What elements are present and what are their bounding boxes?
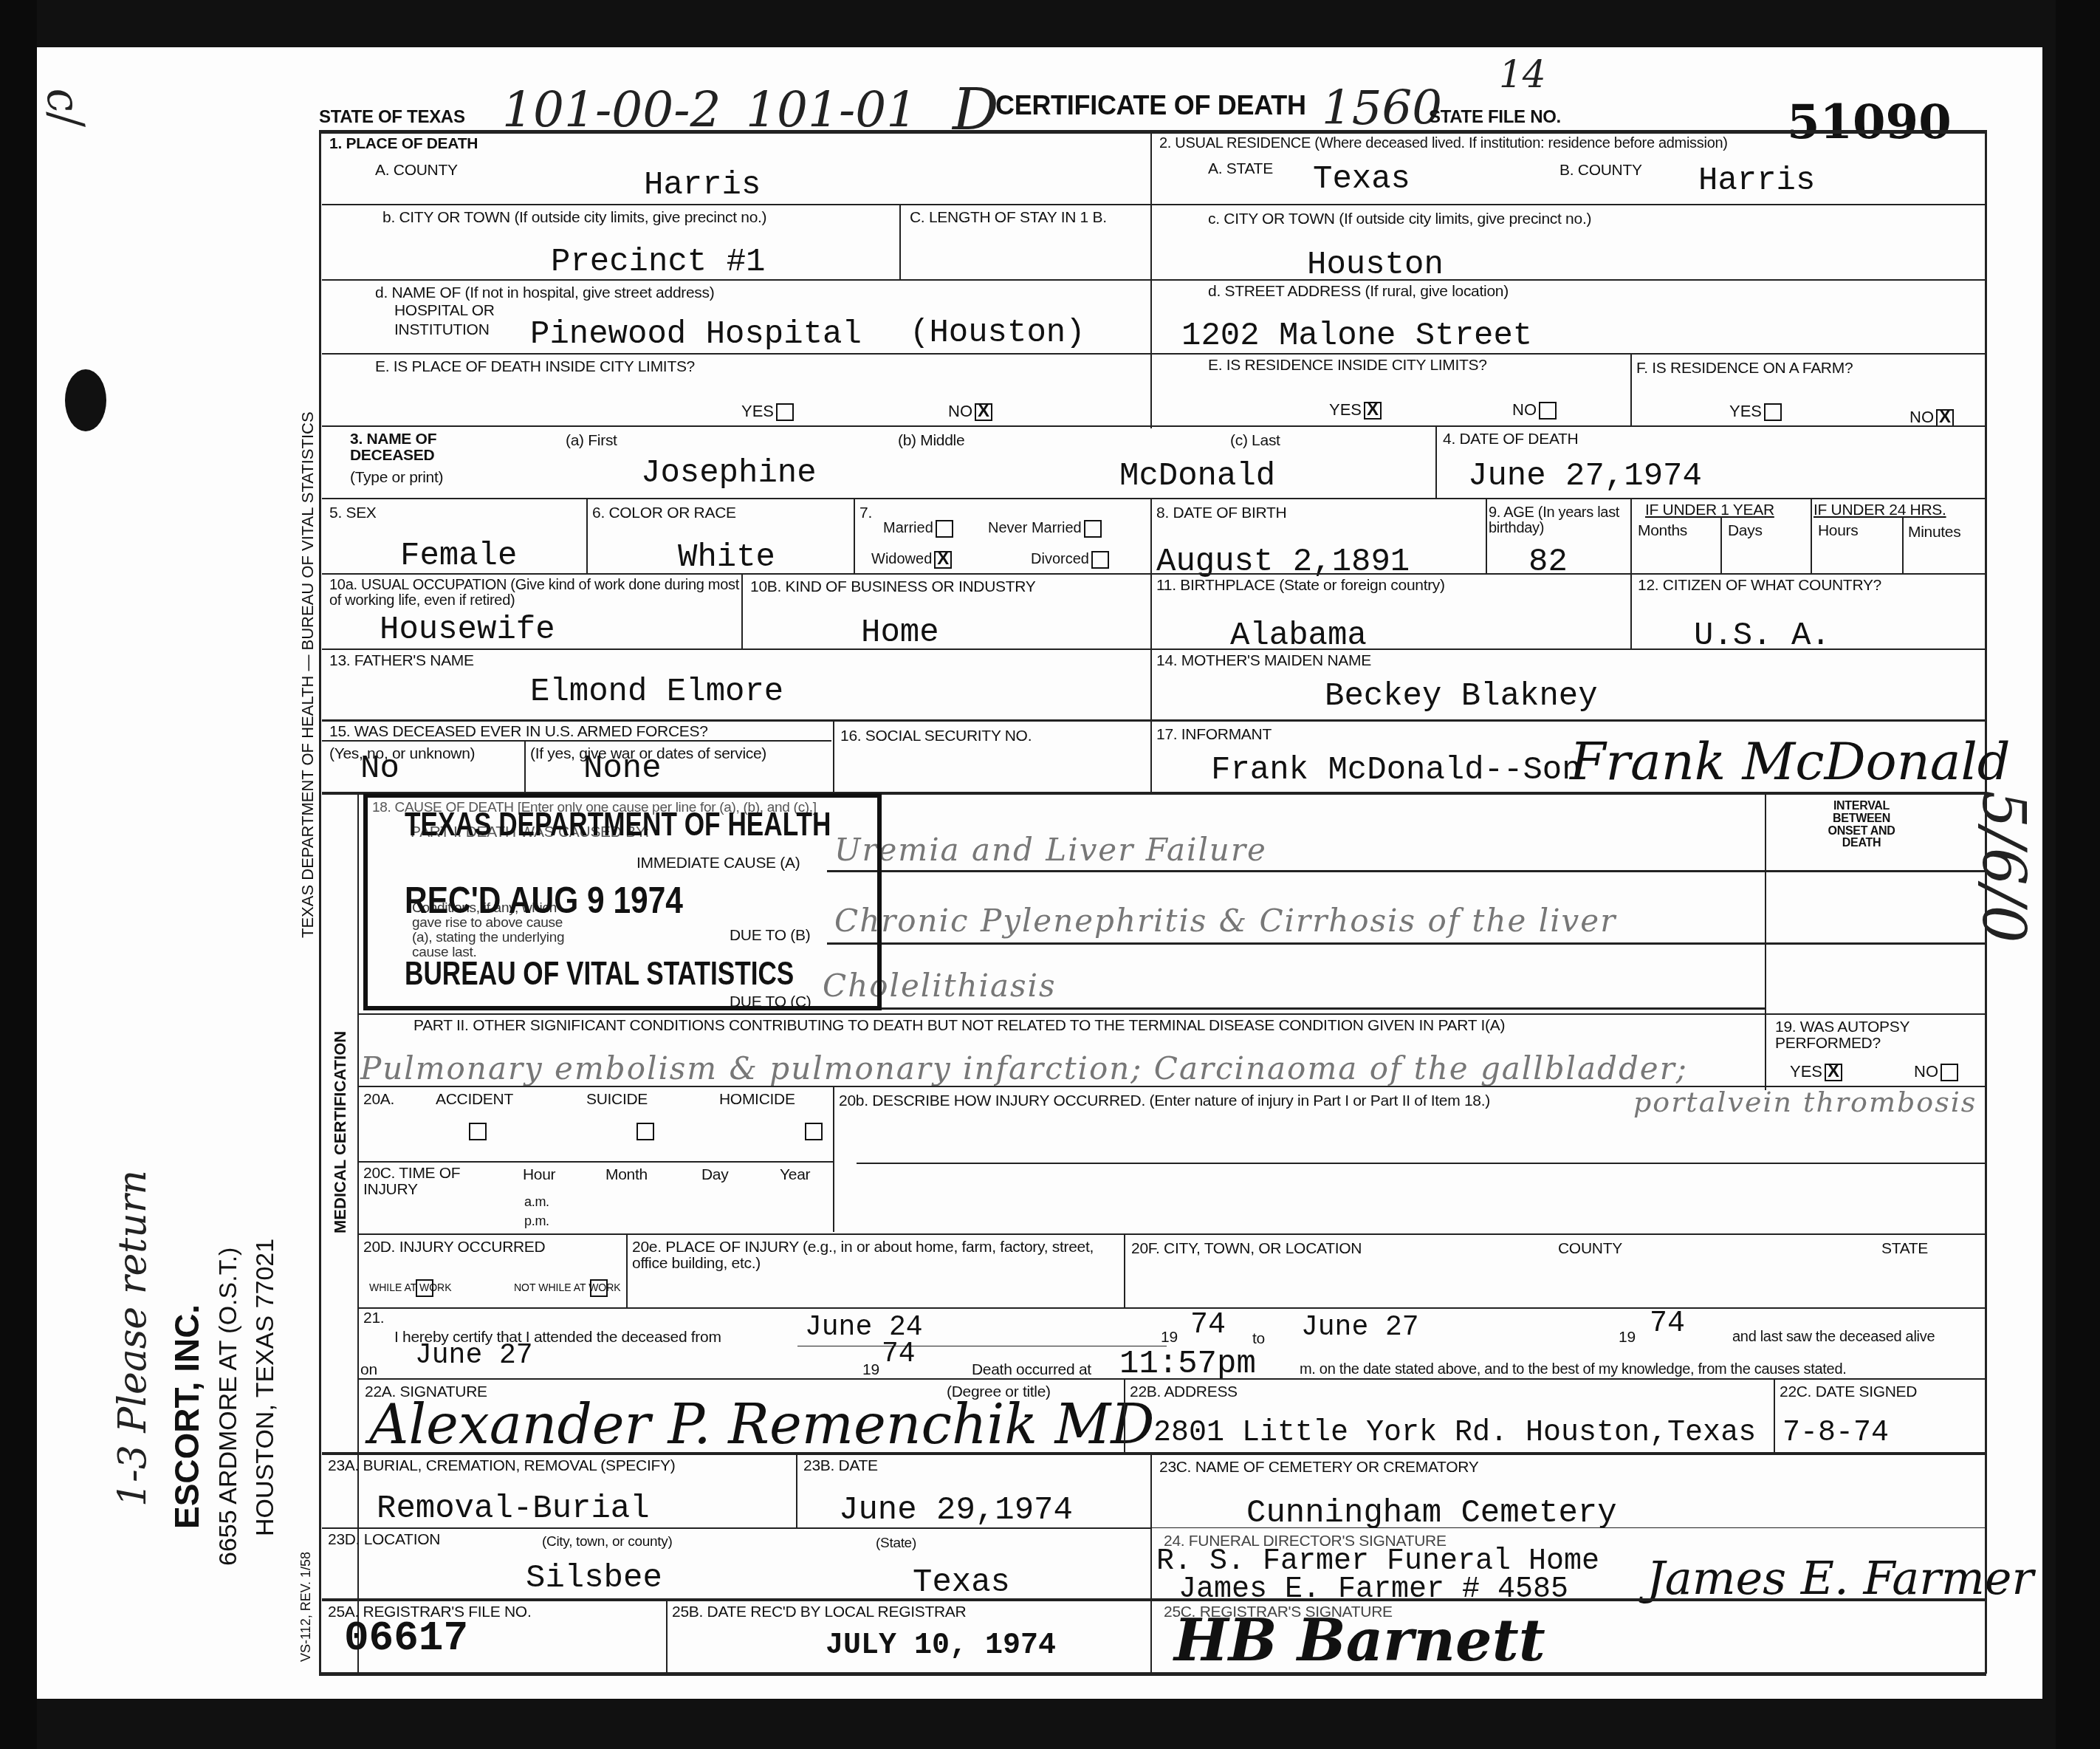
divider — [586, 499, 588, 573]
usual-residence-label: 2. USUAL RESIDENCE (Where deceased lived… — [1159, 136, 1728, 151]
certificate-number: 51090 — [1787, 95, 1952, 150]
informant-value: Frank McDonald--Son — [1211, 752, 1582, 789]
row-line — [359, 1013, 1985, 1015]
last-seen-year: 74 — [882, 1338, 916, 1370]
divider — [1124, 1235, 1125, 1307]
state-label: STATE OF TEXAS — [319, 108, 465, 126]
autopsy-no[interactable]: NO — [1914, 1062, 1958, 1081]
divider — [626, 1235, 628, 1307]
handwritten-file-number: 1560 — [1322, 81, 1442, 136]
row-line — [322, 498, 1985, 499]
handwritten-superscript: 14 — [1499, 53, 1546, 96]
autopsy-yes[interactable]: YESX — [1790, 1062, 1842, 1081]
checkbox-unchecked[interactable] — [1539, 402, 1557, 420]
first-name-label: (a) First — [566, 433, 617, 449]
form-top-border — [319, 130, 1986, 134]
checkbox-checked[interactable]: X — [1825, 1064, 1842, 1081]
res-farm-no[interactable]: NOX — [1909, 408, 1954, 427]
burial-date-value: June 29,1974 — [839, 1492, 1073, 1529]
row-line — [322, 573, 1985, 575]
checkbox-unchecked[interactable] — [1941, 1064, 1958, 1081]
margin-agency-text: TEXAS DEPARTMENT OF HEALTH — BUREAU OF V… — [298, 411, 318, 938]
first-name-value: Josephine — [641, 455, 817, 492]
divider — [1486, 499, 1487, 573]
year-prefix-1: 19 — [1161, 1329, 1178, 1346]
label-20e: 20e. PLACE OF INJURY (e.g., in or about … — [632, 1239, 1119, 1272]
state-file-label: STATE FILE NO. — [1429, 108, 1561, 126]
death-inside-limits-no[interactable]: NOX — [948, 402, 992, 421]
cert-line — [797, 1346, 1167, 1346]
res-inside-limits-yes[interactable]: YESX — [1329, 400, 1382, 420]
place-of-death-label: 1. PLACE OF DEATH — [329, 136, 478, 152]
homicide-label: HOMICIDE — [719, 1092, 795, 1108]
stamp-line-2: REC'D AUG 9 1974 — [405, 879, 683, 922]
divider — [1630, 353, 1632, 427]
last-saw-text: and last saw the deceased alive — [1732, 1329, 1935, 1345]
divider — [1630, 499, 1632, 573]
burial-value: Removal-Burial — [377, 1490, 650, 1527]
location-state-label: (State) — [876, 1536, 916, 1551]
accident-checkbox[interactable] — [469, 1123, 487, 1140]
sex-label: 5. SEX — [329, 505, 377, 521]
armed-yn-label: (Yes, no, or unknown) — [329, 746, 475, 762]
part2-label: PART II. OTHER SIGNIFICANT CONDITIONS CO… — [414, 1018, 1505, 1034]
dob-value: August 2,1891 — [1156, 544, 1410, 581]
divider — [666, 1600, 668, 1674]
registrar-no-value: 06617 — [344, 1615, 468, 1662]
age-label: 9. AGE (In years last birthday) — [1489, 505, 1629, 536]
divider — [796, 1454, 797, 1529]
divorced-option[interactable]: Divorced — [1031, 551, 1109, 569]
death-county-value: Harris — [644, 167, 761, 204]
res-state-label: a. STATE — [1208, 161, 1273, 177]
checkbox-checked[interactable]: X — [975, 403, 992, 421]
date-signed-value: 7-8-74 — [1782, 1417, 1889, 1450]
row-line — [322, 1598, 1985, 1601]
mother-value: Beckey Blakney — [1325, 678, 1598, 715]
label-21: 21. — [363, 1310, 384, 1327]
armed-war-value: None — [583, 750, 662, 787]
label-20b: 20b. DESCRIBE HOW INJURY OCCURRED. (Ente… — [839, 1093, 1490, 1109]
hour-label: Hour — [523, 1167, 555, 1183]
occupation-value: Housewife — [380, 612, 555, 648]
divider — [833, 1087, 834, 1232]
death-county-label: a. COUNTY — [375, 162, 458, 179]
occupation-label: 10a. USUAL OCCUPATION (Give kind of work… — [329, 578, 743, 609]
medical-certification-label: MEDICAL CERTIFICATION — [331, 1031, 350, 1233]
widowed-option[interactable]: WidowedX — [871, 551, 952, 569]
punch-hole — [65, 369, 106, 431]
divider — [1720, 517, 1722, 573]
row-line — [857, 1163, 1985, 1164]
row-line — [1152, 1527, 1985, 1528]
hospital-city-value: (Houston) — [910, 315, 1085, 352]
year-label: Year — [780, 1167, 810, 1183]
received-stamp: TEXAS DEPARTMENT OF HEALTH REC'D AUG 9 1… — [363, 793, 882, 1010]
stamp-line-1: TEXAS DEPARTMENT OF HEALTH — [405, 807, 831, 843]
interval-line — [1766, 942, 1985, 945]
armed-value: No — [360, 750, 399, 787]
length-of-stay-label: c. LENGTH OF STAY in 1 b. — [910, 210, 1131, 226]
divider — [1902, 517, 1904, 573]
middle-name-label: (b) Middle — [898, 433, 964, 449]
death-time-value: 11:57pm — [1119, 1346, 1256, 1383]
label-20a: 20a. — [363, 1092, 394, 1108]
race-label: 6. COLOR OR RACE — [592, 505, 736, 521]
days-label: Days — [1728, 523, 1763, 539]
last-name-label: (c) Last — [1230, 433, 1280, 449]
res-farm-yes[interactable]: YES — [1729, 402, 1782, 421]
burial-date-label: 23b. DATE — [803, 1458, 878, 1474]
industry-value: Home — [861, 615, 939, 651]
row-line — [322, 1452, 1985, 1455]
row-line — [359, 1378, 1985, 1380]
label-20c: 20c. TIME OF INJURY — [363, 1166, 467, 1198]
res-city-value: Houston — [1307, 247, 1444, 284]
never-married-option[interactable]: Never Married — [988, 520, 1102, 538]
scan-edge-right — [2056, 0, 2100, 1749]
deceased-name-sub: (Type or print) — [350, 470, 443, 486]
row-line — [322, 204, 1985, 205]
res-inside-limits-label: e. IS RESIDENCE INSIDE CITY LIMITS? — [1208, 357, 1487, 374]
hospital-label-3: INSTITUTION — [394, 322, 490, 338]
part2-continued: portalvein thrombosis — [1633, 1086, 1977, 1118]
hospital-value: Pinewood Hospital — [530, 316, 862, 353]
checkbox-checked[interactable]: X — [1936, 409, 1954, 427]
day-label: Day — [701, 1167, 728, 1183]
year-prefix-2: 19 — [1619, 1329, 1636, 1346]
year-prefix-3: 19 — [862, 1362, 879, 1378]
injury-county-label: COUNTY — [1558, 1241, 1622, 1257]
divider — [1150, 1454, 1152, 1674]
handwritten-return-note: 1-3 Please return — [111, 1170, 155, 1507]
autopsy-label: 19. WAS AUTOPSY PERFORMED? — [1775, 1019, 1974, 1052]
right-handwritten-number: 5/6/0 — [1969, 790, 2038, 943]
stamp-line-3: BUREAU OF VITAL STATISTICS — [405, 956, 794, 993]
deceased-name-label: 3. NAME OF DECEASED — [350, 431, 446, 464]
funeral-director-signature: James E. Farmer — [1647, 1551, 2034, 1605]
form-left-border — [319, 130, 321, 1674]
minutes-label: Minutes — [1908, 524, 1960, 541]
row-line — [322, 1527, 1150, 1529]
mother-label: 14. MOTHER'S MAIDEN NAME — [1156, 653, 1371, 669]
form-revision: VS-112, REV. 1/58 — [298, 1552, 314, 1662]
while-at-work-option[interactable]: WHILE AT WORK — [369, 1279, 443, 1297]
res-state-value: Texas — [1313, 161, 1410, 198]
certificate-title: CERTIFICATE OF DEATH — [995, 92, 1306, 120]
divider — [1811, 499, 1812, 573]
row-line — [359, 1233, 1985, 1235]
escort-address: 6655 ARDMORE AT (O.S.T.) — [214, 1247, 243, 1566]
divider — [1124, 1380, 1125, 1454]
interval-label: INTERVAL BETWEEN ONSET AND DEATH — [1814, 801, 1909, 850]
father-value: Elmond Elmore — [530, 674, 783, 711]
label-20f: 20f. CITY, TOWN, OR LOCATION — [1131, 1241, 1362, 1257]
label-20d: 20d. INJURY OCCURRED — [363, 1239, 545, 1256]
under-24-label: IF UNDER 24 HRS. — [1814, 502, 1946, 518]
funeral-director-value: James E. Farmer # 4585 — [1178, 1573, 1568, 1606]
divider — [524, 742, 526, 793]
location-city-label: (City, town, or county) — [542, 1535, 672, 1550]
location-city-value: Silsbee — [526, 1560, 662, 1597]
age-value: 82 — [1528, 544, 1568, 581]
hospital-label-2: HOSPITAL OR — [394, 303, 495, 319]
months-label: Months — [1638, 523, 1687, 539]
suicide-label: SUICIDE — [586, 1092, 648, 1108]
month-label: Month — [605, 1167, 648, 1183]
checkbox-unchecked[interactable] — [776, 403, 794, 421]
date-recd-value: JULY 10, 1974 — [826, 1629, 1056, 1663]
row-line — [359, 1161, 833, 1163]
citizen-label: 12. CITIZEN OF WHAT COUNTRY? — [1638, 578, 1881, 594]
row-line — [359, 1307, 1985, 1309]
res-county-label: b. COUNTY — [1559, 162, 1642, 179]
hospital-label: d. NAME OF (If not in hospital, give str… — [375, 285, 714, 301]
to-label: to — [1252, 1331, 1265, 1347]
death-city-label: b. CITY OR TOWN (If outside city limits,… — [382, 210, 766, 226]
interval-line — [1766, 870, 1985, 872]
death-city-value: Precinct #1 — [551, 244, 765, 281]
res-street-label: d. STREET ADDRESS (If rural, give locati… — [1208, 284, 1509, 300]
location-label: 23d. LOCATION — [328, 1532, 440, 1548]
informant-label: 17. INFORMANT — [1156, 727, 1272, 743]
physician-address: 2801 Little York Rd. Houston,Texas — [1153, 1417, 1756, 1450]
pm-label: p.m. — [524, 1214, 549, 1228]
registrar-signature: HB Barnett — [1174, 1607, 1545, 1674]
divider — [833, 721, 834, 793]
dob-label: 8. DATE OF BIRTH — [1156, 505, 1286, 521]
res-city-label: c. CITY OR TOWN (If outside city limits,… — [1208, 211, 1591, 227]
on-label: on — [360, 1362, 377, 1378]
scan-edge-left — [0, 0, 37, 1749]
cemetery-value: Cunningham Cemetery — [1246, 1495, 1617, 1532]
cause-line — [827, 942, 1765, 945]
row-line — [322, 648, 1985, 650]
res-street-value: 1202 Malone Street — [1181, 318, 1532, 355]
divider-sec1-sec2 — [1150, 133, 1152, 428]
death-inside-limits-label: e. IS PLACE OF DEATH INSIDE CITY LIMITS? — [375, 359, 695, 375]
cause-b-value: Chronic Pylenephritis & Cirrhosis of the… — [834, 903, 1616, 939]
checkbox-unchecked[interactable] — [936, 520, 953, 538]
ssn-label: 16. SOCIAL SECURITY NO. — [840, 728, 1032, 745]
divider — [741, 575, 743, 648]
homicide-checkbox[interactable] — [805, 1123, 823, 1140]
divider — [1435, 427, 1437, 498]
father-label: 13. FATHER'S NAME — [329, 653, 474, 669]
sex-value: Female — [400, 538, 517, 575]
death-at-label: Death occurred at — [972, 1362, 1091, 1378]
physician-signature: Alexander P. Remenchik MD — [369, 1393, 1155, 1457]
marital-label: 7. — [859, 505, 872, 521]
address-label: 22b. ADDRESS — [1130, 1384, 1238, 1400]
married-option[interactable]: Married — [883, 520, 953, 538]
causes-stated-text: m. on the date stated above, and to the … — [1300, 1362, 1847, 1377]
checkbox-unchecked[interactable] — [1084, 520, 1102, 538]
escort-name: ESCORT, INC. — [167, 1304, 207, 1529]
divider — [1774, 1380, 1775, 1454]
last-seen-date: June 27 — [415, 1340, 533, 1372]
cause-line — [827, 1007, 1765, 1010]
row-line — [322, 719, 1985, 722]
date-recd-label: 25b. DATE REC'D BY LOCAL REGISTRAR — [672, 1604, 966, 1620]
cause-line — [827, 870, 1765, 872]
checkbox-unchecked[interactable] — [590, 1279, 608, 1297]
row-line — [322, 425, 1985, 427]
row-line — [322, 353, 1985, 355]
res-county-value: Harris — [1698, 162, 1815, 199]
checkbox-unchecked[interactable] — [416, 1279, 433, 1297]
informant-signature: Frank McDonald — [1570, 731, 2011, 792]
checkbox-checked[interactable]: X — [934, 551, 952, 569]
checkbox-checked[interactable]: X — [1364, 402, 1382, 420]
form-bottom-border — [319, 1672, 1986, 1676]
armed-forces-label: 15. WAS DECEASED EVER IN U.S. ARMED FORC… — [329, 724, 708, 740]
birthplace-label: 11. BIRTHPLACE (State or foreign country… — [1156, 578, 1445, 594]
part2-value: Pulmonary embolism & pulmonary infarctio… — [360, 1050, 1688, 1086]
accident-label: ACCIDENT — [436, 1092, 513, 1108]
divider — [1150, 721, 1152, 793]
race-value: White — [678, 539, 775, 576]
date-of-death-value: June 27,1974 — [1468, 458, 1702, 495]
not-while-at-work-option[interactable]: NOT WHILE AT WORK — [514, 1279, 608, 1297]
checkbox-unchecked[interactable] — [1764, 403, 1782, 421]
am-label: a.m. — [524, 1195, 549, 1209]
attended-from-year: 74 — [1190, 1309, 1226, 1342]
divider — [854, 499, 855, 573]
death-inside-limits-yes[interactable]: YES — [741, 402, 794, 421]
row-line — [322, 279, 1985, 281]
date-signed-label: 22c. DATE SIGNED — [1780, 1384, 1917, 1400]
cause-a-value: Uremia and Liver Failure — [834, 832, 1267, 868]
res-farm-label: f. IS RESIDENCE ON A FARM? — [1636, 360, 1853, 377]
divider — [1630, 575, 1632, 648]
divider — [899, 205, 901, 279]
row-line — [322, 740, 831, 742]
injury-state-label: STATE — [1881, 1241, 1928, 1257]
escort-city: HOUSTON, TEXAS 77021 — [251, 1239, 280, 1536]
last-name-value: McDonald — [1119, 458, 1275, 495]
under-year-label: IF UNDER 1 YEAR — [1645, 502, 1774, 518]
res-inside-limits-no[interactable]: NO — [1512, 400, 1557, 420]
hours-label: Hours — [1818, 523, 1859, 539]
location-state-value: Texas — [913, 1564, 1010, 1601]
checkbox-unchecked[interactable] — [1091, 551, 1109, 569]
suicide-checkbox[interactable] — [636, 1123, 654, 1140]
burial-label: 23a. BURIAL, CREMATION, REMOVAL (Specify… — [328, 1458, 675, 1474]
date-of-death-label: 4. DATE OF DEATH — [1443, 431, 1578, 448]
attended-to-date: June 27 — [1301, 1312, 1419, 1344]
industry-label: 10b. KIND OF BUSINESS OR INDUSTRY — [750, 579, 1035, 595]
divider — [1150, 499, 1152, 573]
attended-to-year: 74 — [1650, 1307, 1685, 1341]
cemetery-label: 23c. NAME OF CEMETERY OR CREMATORY — [1159, 1459, 1478, 1476]
